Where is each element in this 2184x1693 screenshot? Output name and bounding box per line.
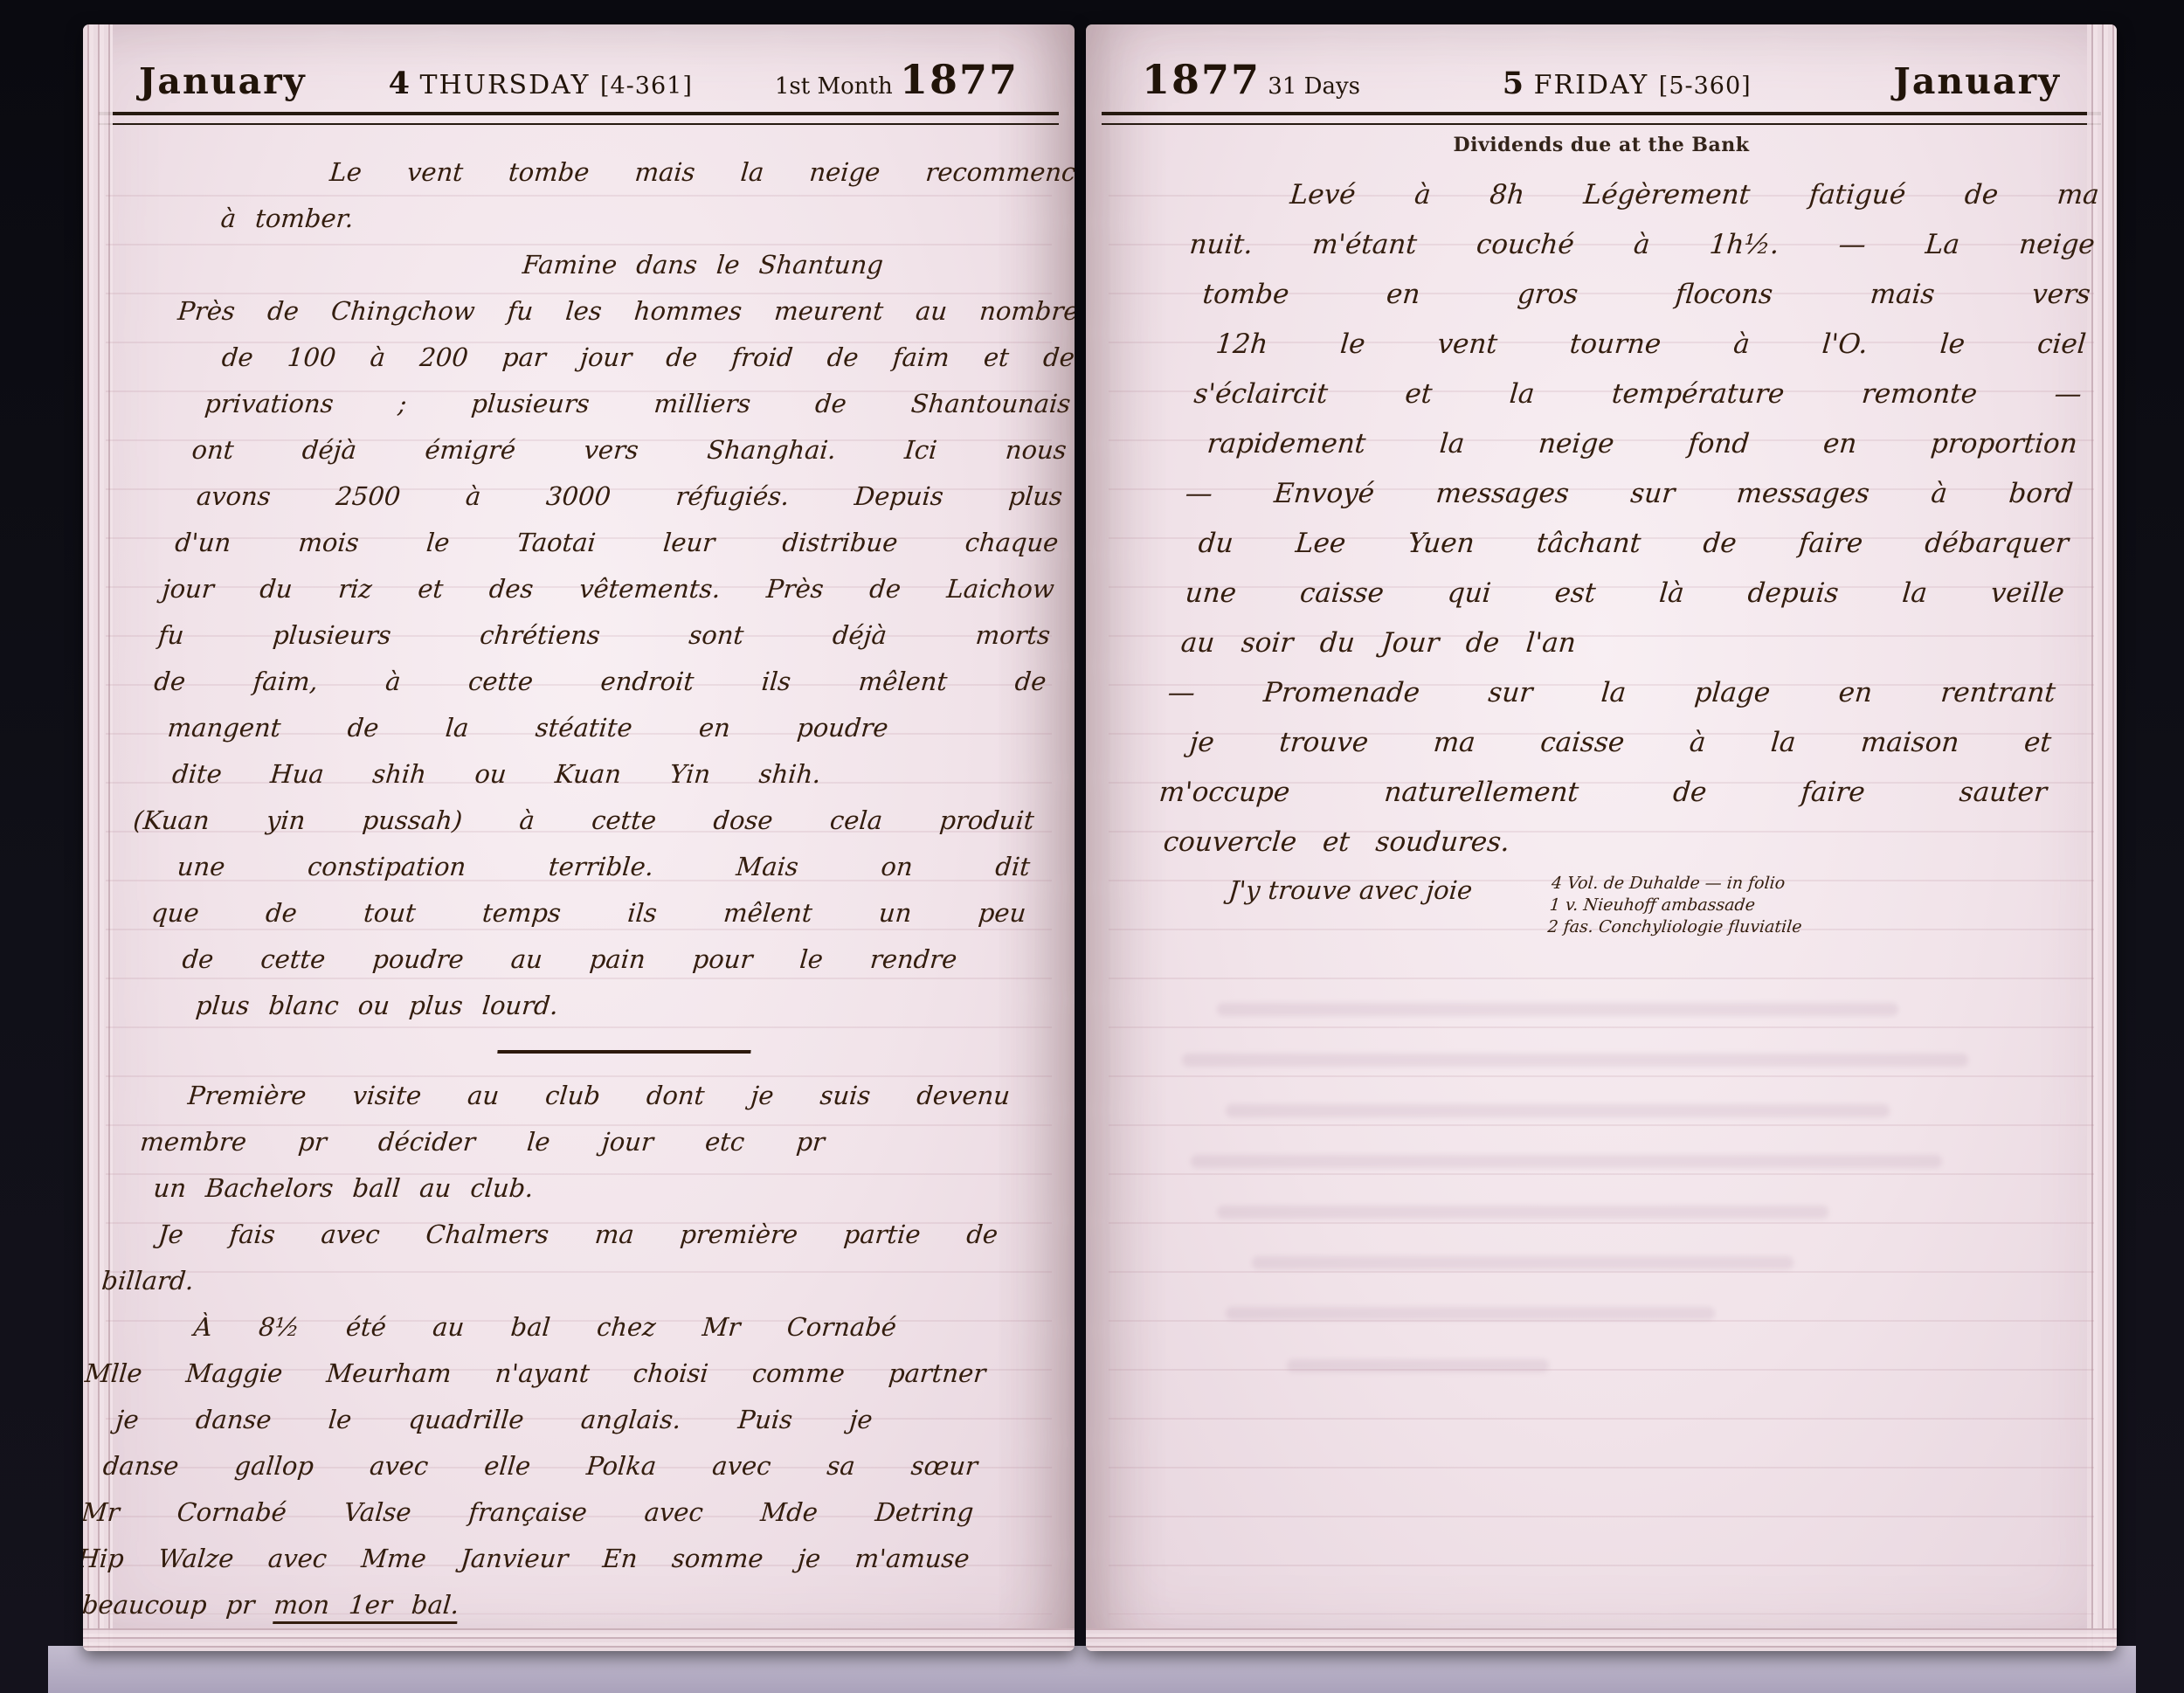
bleed-through-mark	[1191, 1155, 1942, 1168]
book-list-item: 1 v. Nieuhoff ambassade	[1549, 895, 1805, 916]
handwritten-line: de 100 à 200 par jour de froid de faim e…	[220, 335, 1075, 381]
dividends-note: Dividends due at the Bank	[1086, 134, 2117, 156]
handwritten-line: tombe en gros flocons mais vers	[1200, 270, 2092, 320]
handwritten-line: Mr Cornabé Valse française avec Mde Detr…	[83, 1489, 976, 1536]
handwritten-line: Hip Walze avec Mme Janvieur En somme je …	[83, 1536, 971, 1582]
handwritten-line: plus blanc ou plus lourd.	[194, 983, 1020, 1029]
day-count: [5-360]	[1659, 73, 1752, 100]
book-list-item: 4 Vol. de Duhalde — in folio	[1551, 873, 1807, 895]
handwritten-line: d'un mois le Taotai leur distribue chaqu…	[173, 520, 1061, 566]
bleed-through-mark	[1287, 1359, 1549, 1372]
left-page-header: January 4 THURSDAY [4-361] 1st Month 187…	[83, 24, 1075, 112]
handwritten-line: — Promenade sur la plage en rentrant	[1165, 668, 2057, 718]
bleed-through-mark	[1226, 1307, 1715, 1320]
page-edge-stack-bottom	[83, 1628, 1075, 1651]
book-list: 4 Vol. de Duhalde — in folio1 v. Nieuhof…	[1547, 873, 1807, 938]
handwritten-line: — Envoyé messages sur messages à bord	[1183, 469, 2075, 519]
handwritten-line: dite Hua shih ou Kuan Yin shih.	[170, 751, 823, 798]
handwritten-line: Levé à 8h Légèrement fatigué de ma	[1288, 170, 2101, 220]
handwritten-line: Le vent tombe mais la neige recommence	[328, 149, 1075, 196]
diary-photo: January 4 THURSDAY [4-361] 1st Month 187…	[0, 0, 2184, 1693]
handwritten-line: s'éclaircit et la température remonte —	[1192, 370, 2084, 419]
handwritten-line: une constipation terrible. Mais on dit	[176, 844, 1033, 890]
handwritten-line: une caisse qui est là depuis la veille	[1183, 569, 2066, 618]
bleed-through-mark	[1182, 1054, 1968, 1067]
handwritten-line: je danse le quadrille anglais. Puis je	[114, 1397, 874, 1443]
entry-divider	[111, 1029, 1015, 1073]
bleed-through-mark	[1217, 1206, 1828, 1219]
month-label: January	[1893, 60, 2061, 102]
handwritten-line: (Kuan yin pussah) à cette dose cela prod…	[131, 798, 1036, 844]
handwritten-line: je trouve ma caisse à la maison et	[1187, 718, 2053, 768]
bleed-through-mark	[1217, 1003, 1898, 1016]
underlined-text: mon 1er bal.	[273, 1590, 460, 1624]
year-label: 1877	[1142, 56, 1261, 103]
left-diary-entry: Le vent tombe mais la neige recommenceà …	[83, 125, 1075, 1628]
handwritten-line: jour du riz et des vêtements. Près de La…	[160, 566, 1056, 612]
year-days: 1877 31 Days	[1142, 56, 1360, 103]
handwritten-line: que de tout temps ils mêlent un peu	[149, 890, 1028, 936]
handwritten-line: à tomber.	[219, 196, 1075, 242]
handwritten-line: ont déjà émigré vers Shanghai. Ici nous	[190, 427, 1068, 473]
day-heading: 4 THURSDAY [4-361]	[389, 66, 693, 101]
handwritten-line: de faim, à cette endroit ils mêlent de	[152, 659, 1048, 705]
table-surface	[48, 1646, 2136, 1693]
handwritten-line: au soir du Jour de l'an	[1178, 618, 1578, 668]
handwritten-line: 12h le vent tourne à l'O. le ciel	[1213, 320, 2088, 370]
handwritten-line: avons 2500 à 3000 réfugiés. Depuis plus	[195, 473, 1065, 520]
handwritten-line: Famine dans le Shantung	[521, 242, 1075, 288]
handwritten-line: membre pr décider le jour etc pr	[138, 1119, 826, 1165]
bleed-through-mark	[1252, 1256, 1794, 1269]
handwritten-line: privations ; plusieurs milliers de Shant…	[203, 381, 1073, 427]
year-label: 1877	[900, 56, 1019, 103]
day-heading: 5 FRIDAY [5-360]	[1503, 66, 1752, 101]
days-in-month: 31 Days	[1268, 73, 1360, 100]
handwritten-line: mangent de la stéatite en poudre	[166, 705, 890, 751]
joy-line-text: J'y trouve avec joie	[1227, 873, 1474, 908]
day-number: 4	[389, 66, 410, 101]
day-count: [4-361]	[600, 73, 693, 100]
handwritten-line: beaucoup pr mon 1er bal.	[83, 1582, 967, 1628]
right-page: 1877 31 Days 5 FRIDAY [5-360] January Di…	[1086, 24, 2117, 1651]
handwritten-line: Je fais avec Chalmers ma première partie…	[156, 1212, 1000, 1258]
handwritten-line: billard.	[100, 1258, 996, 1304]
handwritten-line: danse gallop avec elle Polka avec sa sœu…	[101, 1443, 980, 1489]
handwritten-line: couvercle et soudures.	[1161, 818, 2044, 867]
right-page-header: 1877 31 Days 5 FRIDAY [5-360] January	[1086, 24, 2117, 112]
left-page: January 4 THURSDAY [4-361] 1st Month 187…	[83, 24, 1075, 1651]
day-name: THURSDAY	[420, 70, 591, 100]
page-edge-stack-bottom	[1086, 1628, 2117, 1651]
handwritten-line: Mlle Maggie Meurham n'ayant choisi comme…	[83, 1351, 988, 1397]
header-rule	[99, 112, 1059, 125]
handwritten-line: m'occupe naturellement de faire sauter	[1157, 768, 2049, 818]
bleed-through-mark	[1226, 1104, 1890, 1117]
handwritten-line: du Lee Yuen tâchant de faire débarquer	[1196, 519, 2070, 569]
month-label: January	[139, 60, 307, 102]
day-number: 5	[1503, 66, 1524, 101]
handwritten-line: rapidement la neige fond en proportion	[1205, 419, 2079, 469]
right-diary-entry: Levé à 8h Légèrement fatigué de manuit. …	[1086, 156, 2117, 867]
month-ordinal-year: 1st Month 1877	[775, 56, 1019, 103]
header-rule	[1102, 112, 2101, 125]
handwritten-line: Près de Chingchow fu les hommes meurent …	[176, 288, 1075, 335]
book-list-item: 2 fas. Conchyliologie fluviatile	[1547, 916, 1803, 938]
handwritten-line: fu plusieurs chrétiens sont déjà morts	[156, 612, 1053, 659]
joy-line-row: J'y trouve avec joie 4 Vol. de Duhalde —…	[1225, 873, 2075, 938]
handwritten-line: de cette poudre au pain pour le rendre	[180, 936, 958, 983]
handwritten-line: un Bachelors ball au club.	[151, 1165, 1004, 1212]
handwritten-line: À 8½ été au bal chez Mr Cornabé	[192, 1304, 899, 1351]
day-name: FRIDAY	[1534, 70, 1649, 100]
month-ordinal: 1st Month	[775, 73, 893, 100]
handwritten-line: nuit. m'étant couché à 1h½. — La neige	[1187, 220, 2097, 270]
line-text: beaucoup pr	[83, 1590, 275, 1620]
right-diary-entry-joy: J'y trouve avec joie 4 Vol. de Duhalde —…	[1086, 873, 2117, 938]
handwritten-line: Première visite au club dont je suis dev…	[186, 1073, 1013, 1119]
